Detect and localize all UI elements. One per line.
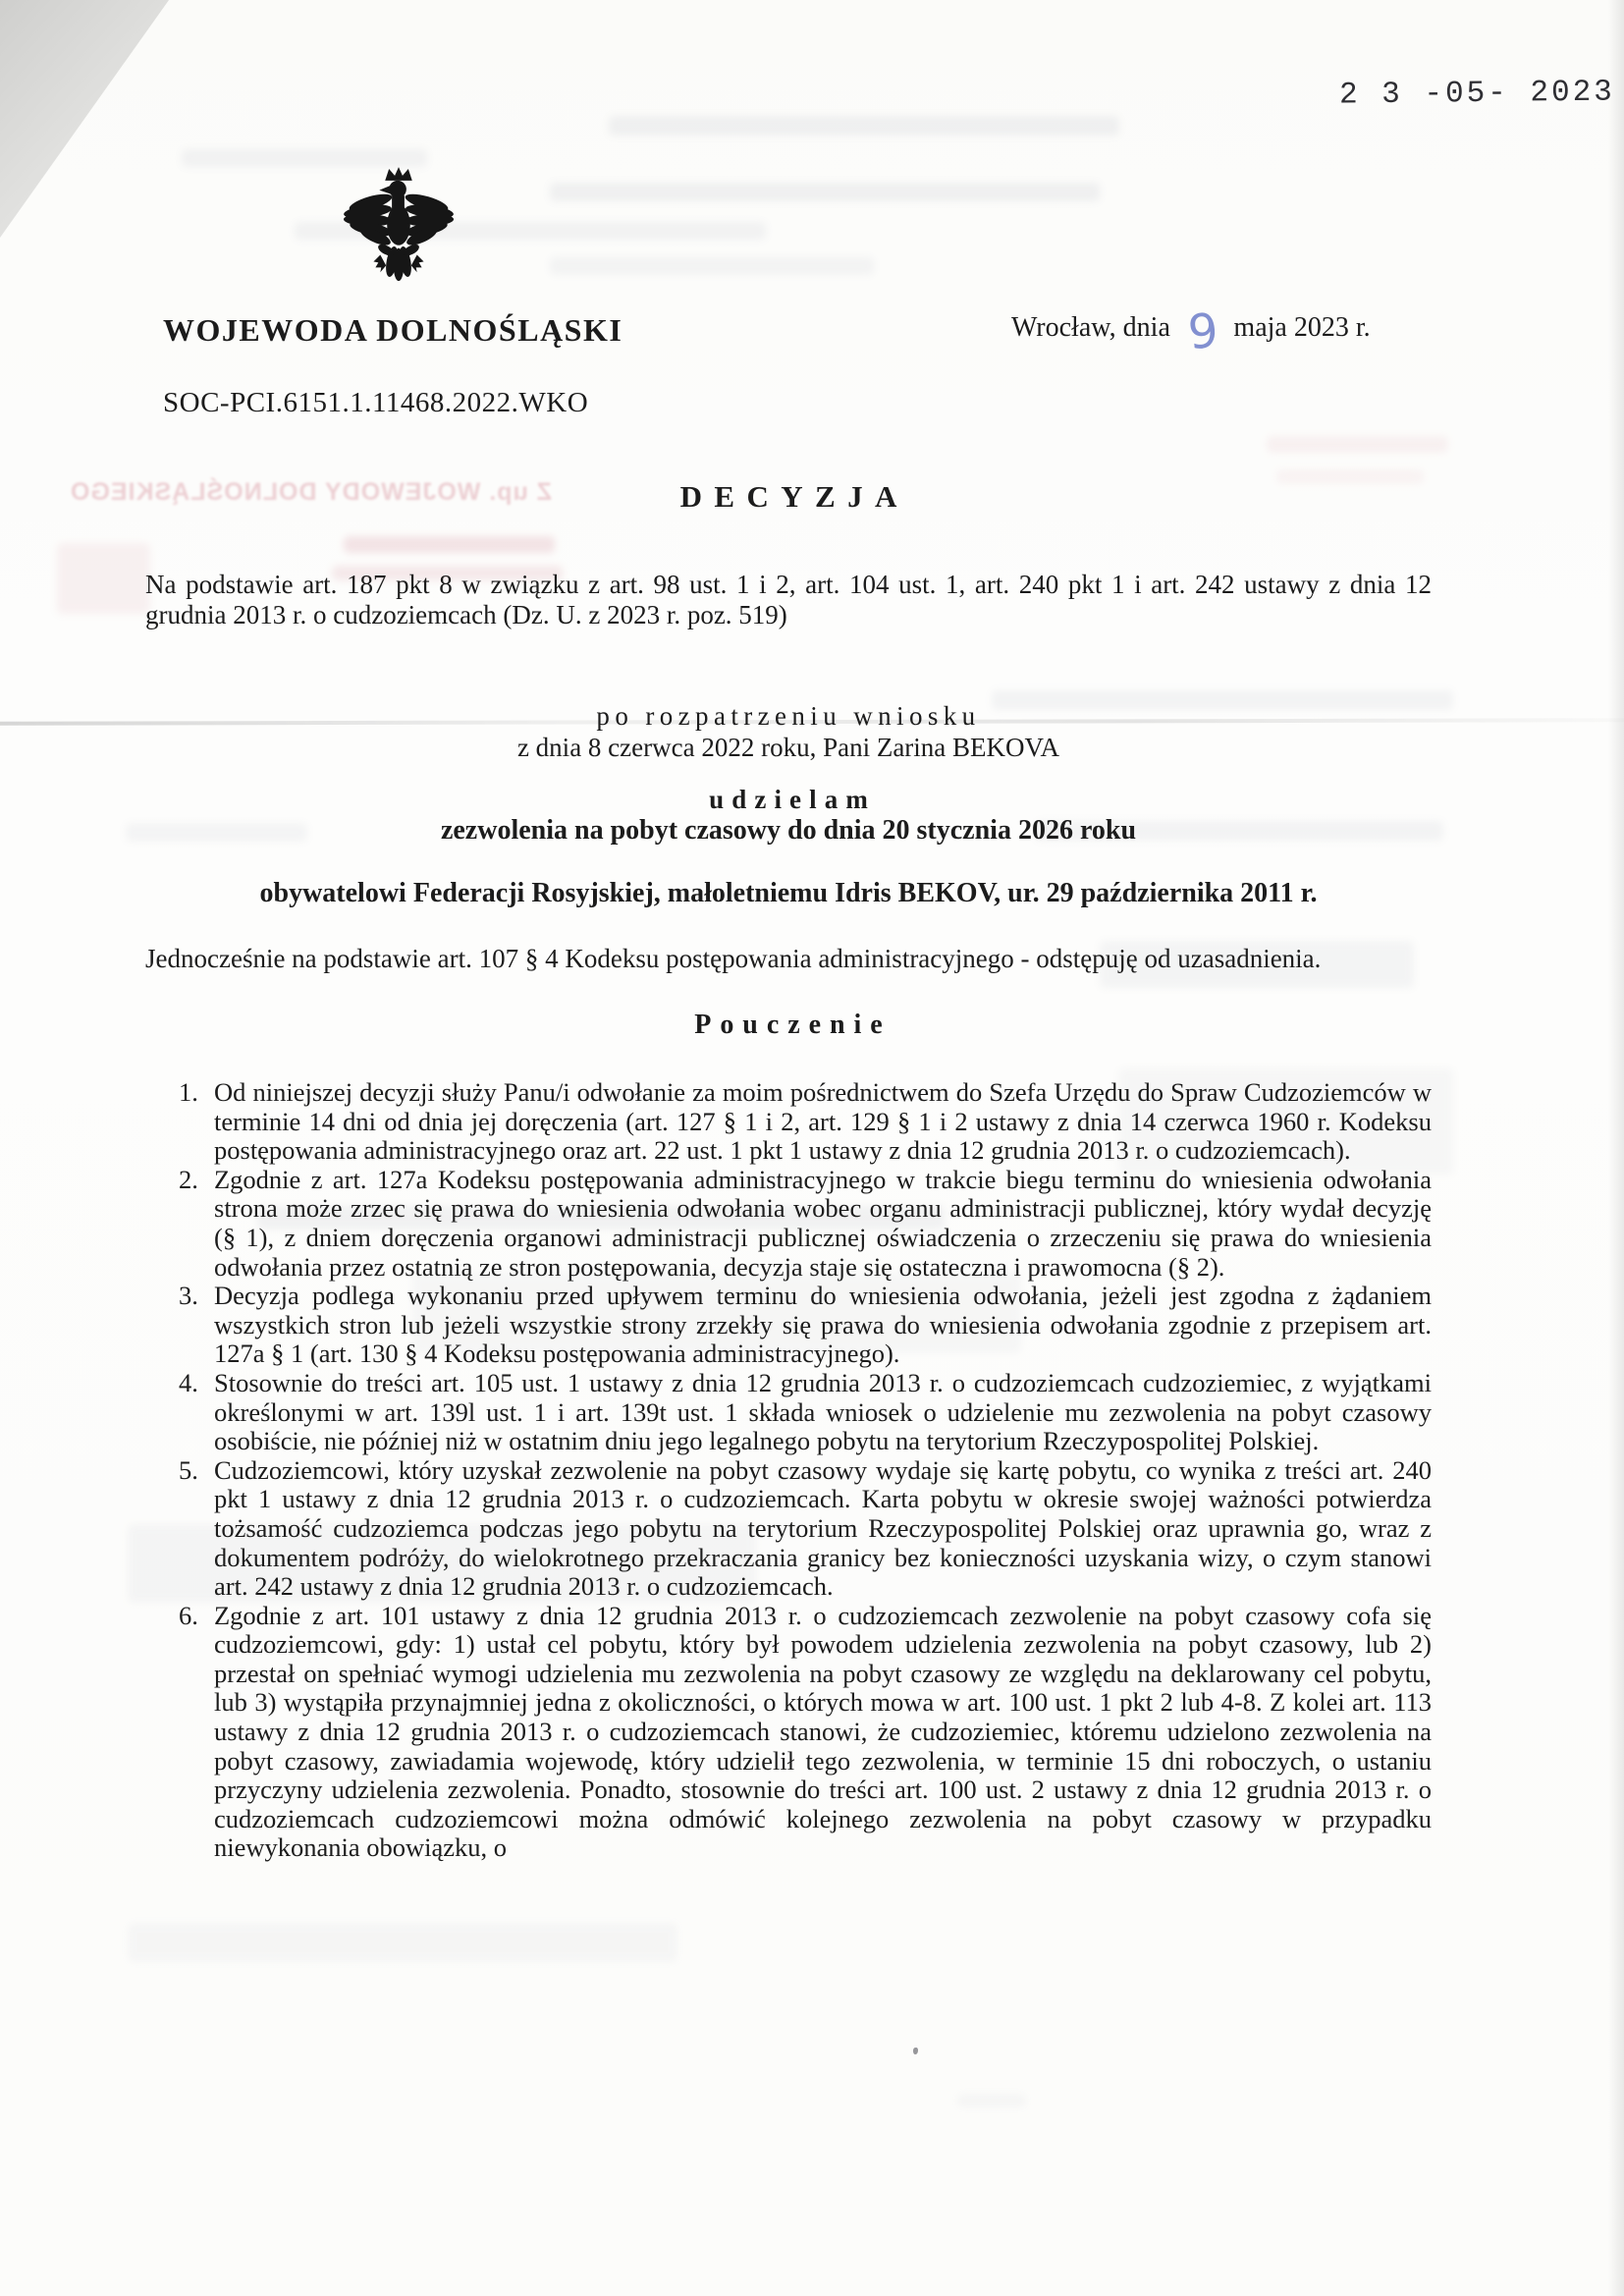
item-number: 6. <box>179 1602 198 1631</box>
place-date-suffix: maja 2023 r. <box>1233 312 1370 343</box>
bleed-through-smudge <box>609 116 1119 136</box>
instruction-item: 2. Zgodnie z art. 127a Kodeksu postępowa… <box>145 1166 1432 1282</box>
instruction-item: 5. Cudzoziemcowi, który uzyskał zezwolen… <box>145 1456 1432 1602</box>
bleed-through-smudge <box>57 543 150 614</box>
bleed-through-smudge <box>550 257 874 275</box>
instruction-title: Pouczenie <box>145 1010 1432 1041</box>
legal-basis-paragraph: Na podstawie art. 187 pkt 8 w związku z … <box>145 570 1432 630</box>
authority-name: WOJEWODA DOLNOŚLĄSKI <box>163 312 623 349</box>
item-number: 1. <box>179 1078 198 1108</box>
polish-eagle-emblem <box>341 163 457 295</box>
item-number: 5. <box>179 1456 198 1486</box>
item-number: 4. <box>179 1369 198 1398</box>
item-text: Zgodnie z art. 101 ustawy z dnia 12 grud… <box>214 1602 1432 1863</box>
instruction-item: 6. Zgodnie z art. 101 ustawy z dnia 12 g… <box>145 1602 1432 1863</box>
place-date-prefix: Wrocław, dnia <box>1011 312 1170 343</box>
case-number: SOC-PCI.6151.1.11468.2022.WKO <box>163 387 588 419</box>
ruling-grant-line: zezwolenia na pobyt czasowy do dnia 20 s… <box>145 815 1432 847</box>
bleed-through-smudge <box>957 2094 1026 2107</box>
item-number: 2. <box>179 1166 198 1195</box>
bleed-through-smudge <box>128 1923 677 1962</box>
ruling-beneficiary-line: obywatelowi Federacji Rosyjskiej, małole… <box>145 878 1432 909</box>
ink-speck <box>913 2048 918 2054</box>
item-text: Od niniejszej decyzji służy Panu/i odwoł… <box>214 1078 1432 1166</box>
place-date-line: Wrocław, dnia9maja 2023 r. <box>1011 308 1371 355</box>
document-body: DECYZJA Na podstawie art. 187 pkt 8 w zw… <box>145 479 1432 1863</box>
received-date-stamp: 2 3 -05- 2023 <box>1339 76 1615 113</box>
item-text: Stosownie do treści art. 105 ust. 1 usta… <box>214 1369 1432 1456</box>
after-review-line-2: z dnia 8 czerwca 2022 roku, Pani Zarina … <box>145 732 1432 763</box>
instruction-list: 1. Od niniejszej decyzji służy Panu/i od… <box>145 1078 1432 1863</box>
item-text: Cudzoziemcowi, który uzyskał zezwolenie … <box>214 1456 1432 1602</box>
justification-waiver-line: Jednocześnie na podstawie art. 107 § 4 K… <box>145 944 1432 974</box>
scan-corner-fold <box>0 0 245 265</box>
instruction-item: 1. Od niniejszej decyzji służy Panu/i od… <box>145 1078 1432 1166</box>
bleed-through-smudge <box>550 183 1100 201</box>
item-number: 3. <box>179 1282 198 1311</box>
instruction-item: 4. Stosownie do treści art. 105 ust. 1 u… <box>145 1369 1432 1456</box>
handwritten-day-number: 9 <box>1186 307 1220 356</box>
decision-title: DECYZJA <box>145 479 1432 515</box>
item-text: Zgodnie z art. 127a Kodeksu postępowania… <box>214 1166 1432 1282</box>
item-text: Decyzja podlega wykonaniu przed upływem … <box>214 1282 1432 1369</box>
scanned-decision-document: Z up. WOJEWODY DOLNOŚLĄSKIEGO 2 3 -05- 2… <box>0 0 1624 2296</box>
after-review-line-1: po rozpatrzeniu wniosku <box>145 701 1432 732</box>
ruling-verb-line: udzielam <box>145 785 1432 815</box>
instruction-item: 3. Decyzja podlega wykonaniu przed upływ… <box>145 1282 1432 1369</box>
bleed-through-smudge <box>1267 436 1448 453</box>
scan-edge-shadow <box>1608 0 1624 2296</box>
